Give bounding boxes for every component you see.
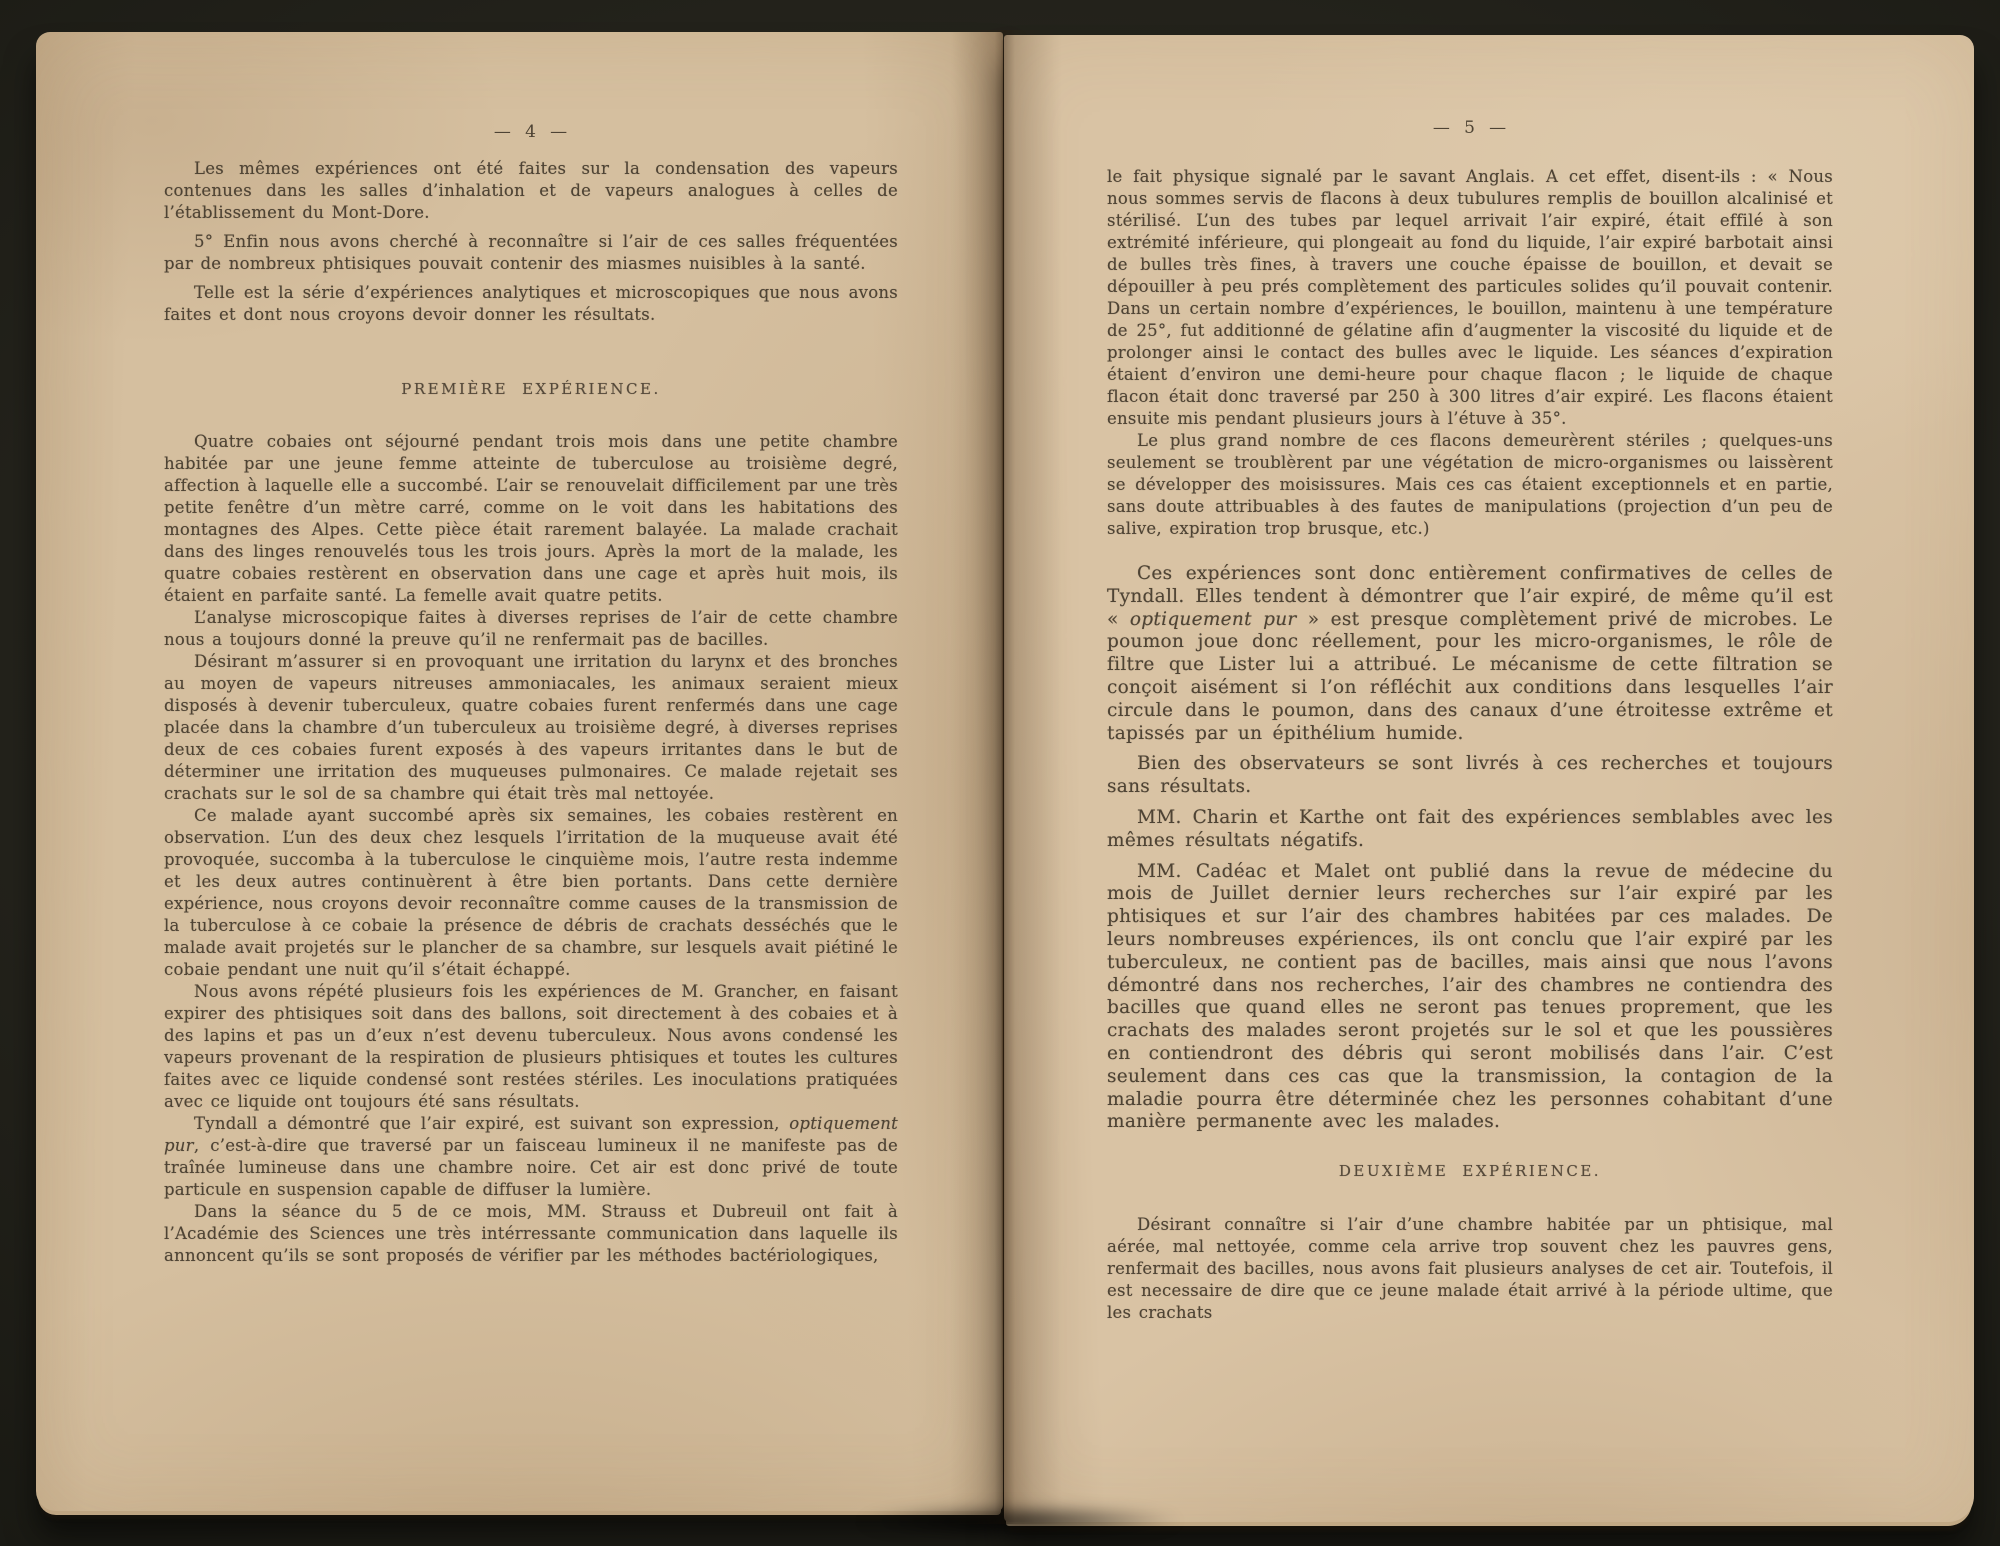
paragraph-confirmation: Ces expériences sont donc entièrement co…: [1107, 563, 1833, 745]
right-page-text-column: — 5 — le fait physique signalé par le sa…: [1107, 35, 1833, 1324]
page-number-left: — 4 —: [164, 122, 898, 142]
paragraph-experience-2: L’analyse microscopique faites à diverse…: [164, 607, 898, 651]
left-experience-section: Quatre cobaies ont séjourné pendant troi…: [164, 431, 898, 1267]
left-page-text-column: — 4 — Les mêmes expériences ont été fait…: [164, 32, 898, 1267]
paragraph-seance-academie: Dans la séance du 5 de ce mois, MM. Stra…: [164, 1201, 898, 1267]
paragraph-cadeac-malet: MM. Cadéac et Malet ont publié dans la r…: [1107, 861, 1833, 1135]
paragraph-charin-karthe: MM. Charin et Karthe ont fait des expéri…: [1107, 807, 1833, 853]
paragraph-continuation-1: le fait physique signalé par le savant A…: [1107, 166, 1833, 430]
paragraph-observateurs: Bien des observateurs se sont livrés à c…: [1107, 753, 1833, 799]
left-page: — 4 — Les mêmes expériences ont été fait…: [36, 32, 1003, 1511]
right-continuation-section: le fait physique signalé par le savant A…: [1107, 166, 1833, 540]
paragraph-experience-4: Ce malade ayant succombé après six semai…: [164, 805, 898, 981]
left-intro-section: Les mêmes expériences ont été faites sur…: [164, 158, 898, 326]
paragraph-tyndall-pre: Tyndall a démontré que l’air expiré, est…: [194, 1114, 789, 1133]
paragraph-intro-1: Les mêmes expériences ont été faites sur…: [164, 158, 898, 224]
paragraph-deuxieme-intro: Désirant connaître si l’air d’une chambr…: [1107, 1214, 1833, 1324]
section-heading-deuxieme-experience: DEUXIÈME EXPÉRIENCE.: [1107, 1162, 1833, 1180]
paragraph-experience-3: Désirant m’assurer si en provoquant une …: [164, 651, 898, 805]
right-page: — 5 — le fait physique signalé par le sa…: [1004, 35, 1974, 1522]
paragraph-intro-2: 5° Enfin nous avons cherché à reconnaîtr…: [164, 231, 898, 275]
paragraph-tyndall-post: , c’est-à-dire que traversé par un faisc…: [164, 1136, 898, 1199]
paragraph-experience-1: Quatre cobaies ont séjourné pendant troi…: [164, 431, 898, 607]
paragraph-continuation-2: Le plus grand nombre de ces flacons deme…: [1107, 430, 1833, 540]
paragraph-tyndall: Tyndall a démontré que l’air expiré, est…: [164, 1113, 898, 1201]
italic-phrase-optiquement-pur-2: optiquement pur: [1130, 609, 1297, 630]
paragraph-intro-3: Telle est la série d’expériences analyti…: [164, 282, 898, 326]
photo-background: — 4 — Les mêmes expériences ont été fait…: [0, 0, 2000, 1546]
right-discussion-section: Ces expériences sont donc entièrement co…: [1107, 563, 1833, 1134]
section-heading-premiere-experience: PREMIÈRE EXPÉRIENCE.: [164, 380, 898, 398]
page-number-right: — 5 —: [1107, 118, 1833, 138]
paragraph-experience-5: Nous avons répété plusieurs fois les exp…: [164, 981, 898, 1113]
